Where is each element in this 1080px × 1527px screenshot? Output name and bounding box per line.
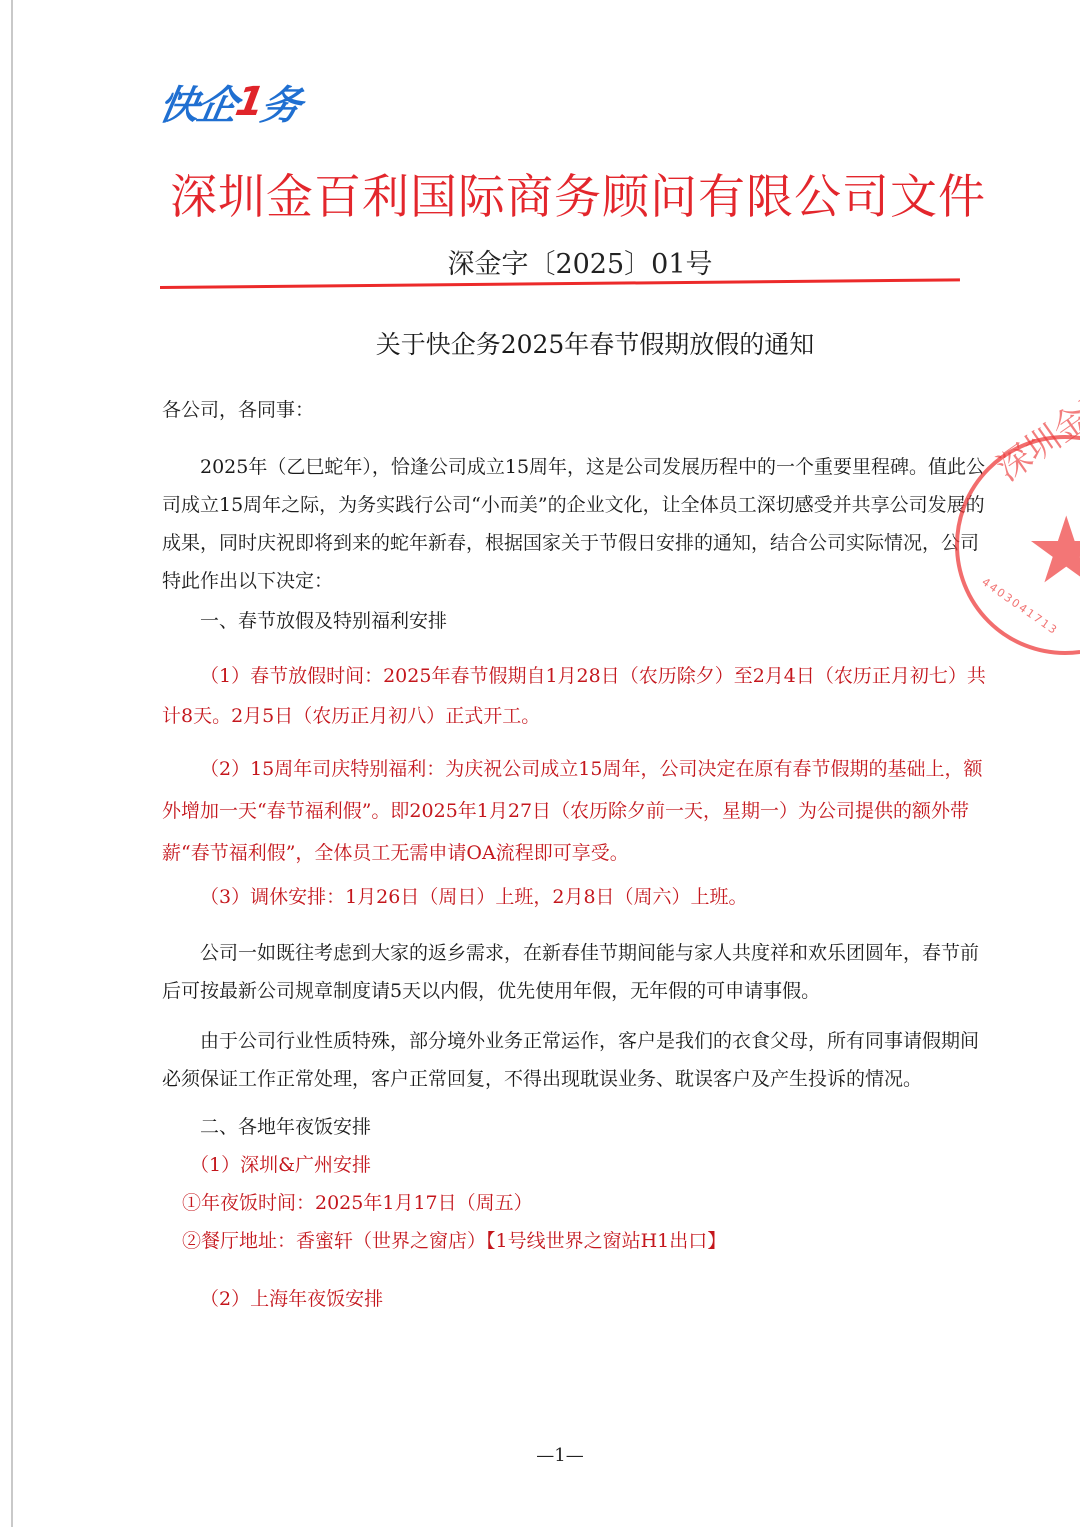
section2-sub2: （2）上海年夜饭安排 [162, 1284, 988, 1314]
company-logo: 快企1务 [156, 80, 304, 124]
seal-star-icon: ★ [1025, 505, 1080, 597]
section2-dinner-place: ②餐厅地址：香蜜轩（世界之窗店）【1号线世界之窗站H1出口】 [162, 1226, 988, 1256]
intro-paragraph: 2025年（乙巳蛇年），恰逢公司成立15周年，这是公司发展历程中的一个重要里程碑… [162, 448, 988, 600]
notice-title: 关于快企务2025年春节假期放假的通知 [0, 325, 1080, 361]
salutation: 各公司，各同事： [162, 395, 988, 425]
logo-text-1: 快企 [155, 74, 241, 131]
section1-item-2: （2）15周年司庆特别福利：为庆祝公司成立15周年，公司决定在原有春节假期的基础… [162, 748, 988, 874]
scan-edge-line [11, 0, 13, 1527]
section2-heading: 二、各地年夜饭安排 [162, 1112, 988, 1142]
section2-dinner-time: ①年夜饭时间：2025年1月17日（周五） [162, 1188, 988, 1218]
section1-heading: 一、春节放假及特别福利安排 [162, 606, 988, 636]
service-paragraph: 由于公司行业性质特殊，部分境外业务正常运作，客户是我们的衣食父母，所有同事请假期… [162, 1022, 988, 1098]
leave-paragraph: 公司一如既往考虑到大家的返乡需求，在新春佳节期间能与家人共度祥和欢乐团圆年，春节… [162, 934, 988, 1010]
page-number: —1— [0, 1445, 1080, 1466]
section1-item-1: （1）春节放假时间：2025年春节假期自1月28日（农历除夕）至2月4日（农历正… [162, 656, 988, 736]
section1-item-3: （3）调休安排：1月26日（周日）上班，2月8日（周六）上班。 [162, 882, 988, 912]
document-number: 深金字〔2025〕01号 [0, 242, 1080, 281]
document-body: 各公司，各同事： 2025年（乙巳蛇年），恰逢公司成立15周年，这是公司发展历程… [162, 395, 988, 1314]
organization-title: 深圳金百利国际商务顾问有限公司文件 [170, 160, 960, 227]
section2-sub1: （1）深圳&广州安排 [162, 1150, 988, 1180]
